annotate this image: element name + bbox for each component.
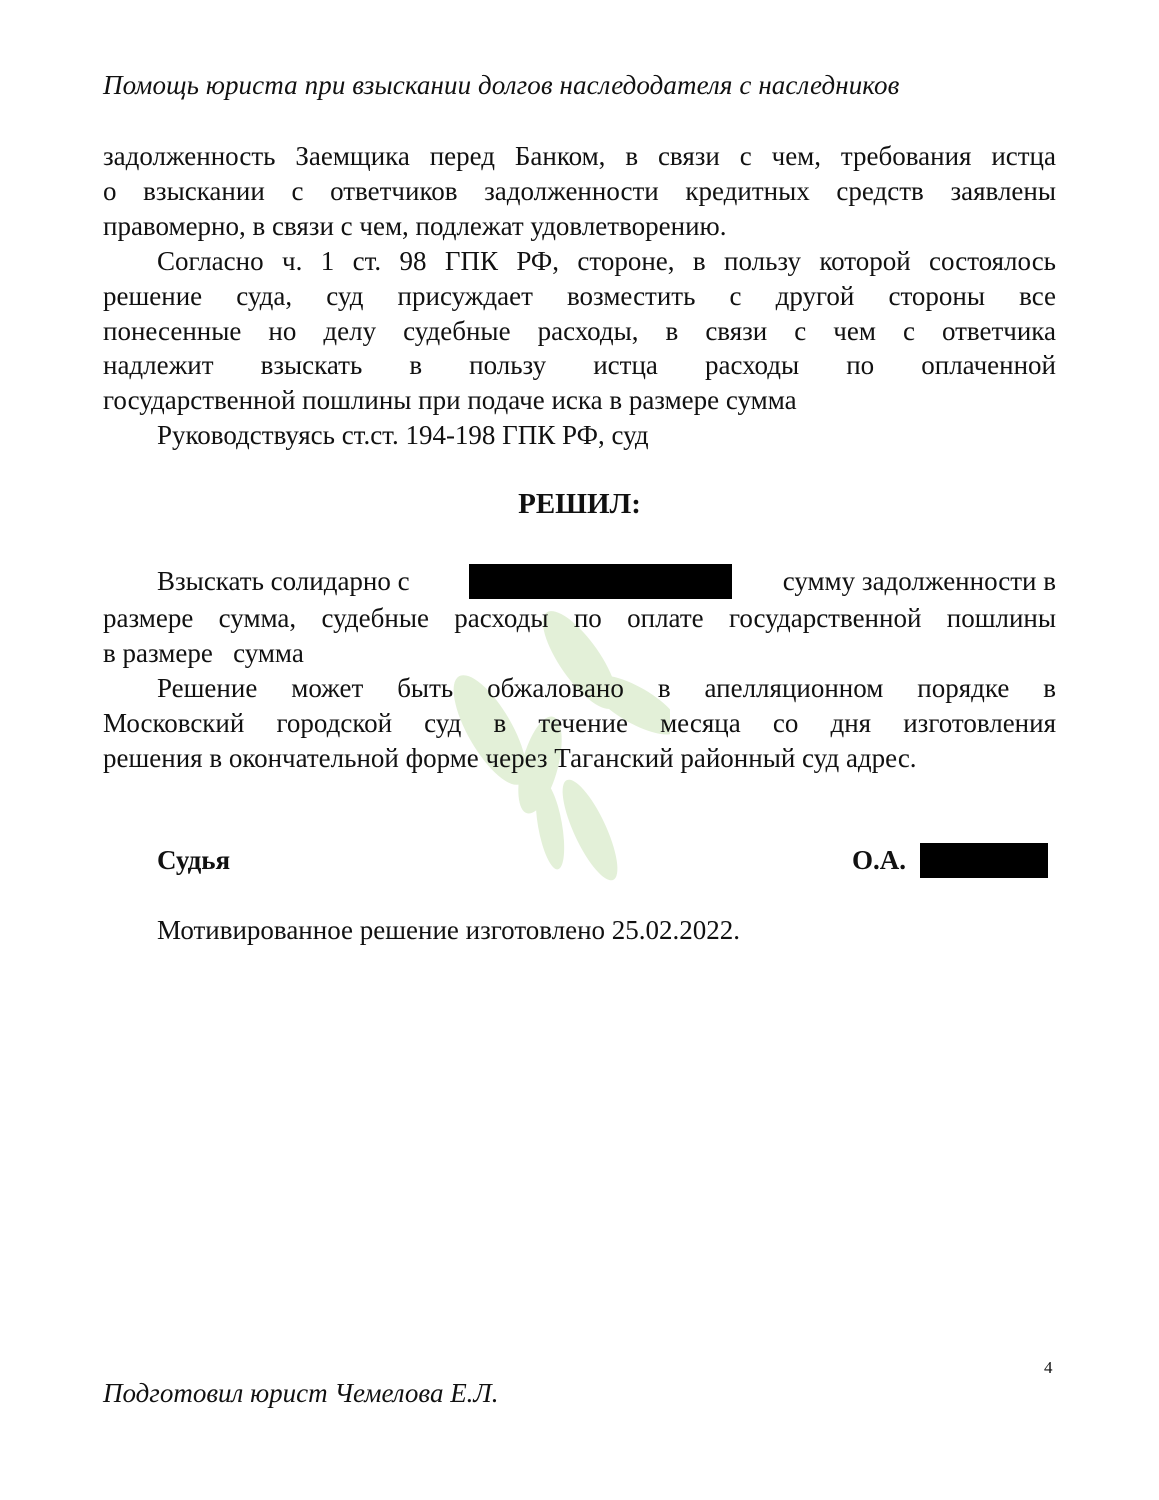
document-header-title: Помощь юриста при взыскании долгов насле… xyxy=(103,70,899,101)
text-line: о взыскании с ответчиков задолженности к… xyxy=(103,174,1056,209)
text-line: размере сумма, судебные расходы по оплат… xyxy=(103,601,1056,636)
text-line: решения в окончательной форме через Тага… xyxy=(103,741,1056,776)
motivated-decision-date: Мотивированное решение изготовлено 25.02… xyxy=(157,915,740,946)
text-line: Московский городской суд в течение месяц… xyxy=(103,706,1056,741)
decision-heading: РЕШИЛ: xyxy=(0,488,1159,521)
text-line: Руководствуясь ст.ст. 194-198 ГПК РФ, су… xyxy=(103,418,1056,453)
redacted-defendant-name xyxy=(469,564,732,599)
decision-suffix: сумму задолженности в xyxy=(743,566,1056,597)
text-line: решение суда, суд присуждает возместить … xyxy=(103,279,1056,314)
text-line: задолженность Заемщика перед Банком, в с… xyxy=(103,139,1056,174)
paragraph-1: задолженность Заемщика перед Банком, в с… xyxy=(103,139,1056,243)
document-footer-author: Подготовил юрист Чемелова Е.Л. xyxy=(103,1378,498,1409)
paragraph-5: Решение может быть обжаловано в апелляци… xyxy=(103,671,1056,775)
page-number: 4 xyxy=(1044,1358,1053,1378)
paragraph-3: Руководствуясь ст.ст. 194-198 ГПК РФ, су… xyxy=(103,418,1056,453)
judge-label: Судья xyxy=(157,845,230,876)
paragraph-2: Согласно ч. 1 ст. 98 ГПК РФ, стороне, в … xyxy=(103,244,1056,418)
text-line: правомерно, в связи с чем, подлежат удов… xyxy=(103,209,1056,244)
text-line: государственной пошлины при подаче иска … xyxy=(103,383,1056,418)
text-line: понесенные но делу судебные расходы, в с… xyxy=(103,314,1056,349)
redacted-judge-surname xyxy=(920,843,1048,878)
judge-initials: О.А. xyxy=(852,845,906,876)
text-line: Решение может быть обжаловано в апелляци… xyxy=(103,671,1056,706)
decision-prefix: Взыскать солидарно с xyxy=(157,566,410,597)
text-line: Согласно ч. 1 ст. 98 ГПК РФ, стороне, в … xyxy=(103,244,1056,279)
paragraph-4: размере сумма, судебные расходы по оплат… xyxy=(103,601,1056,671)
text-line: в размере сумма xyxy=(103,636,1056,671)
text-line: надлежит взыскать в пользу истца расходы… xyxy=(103,348,1056,383)
